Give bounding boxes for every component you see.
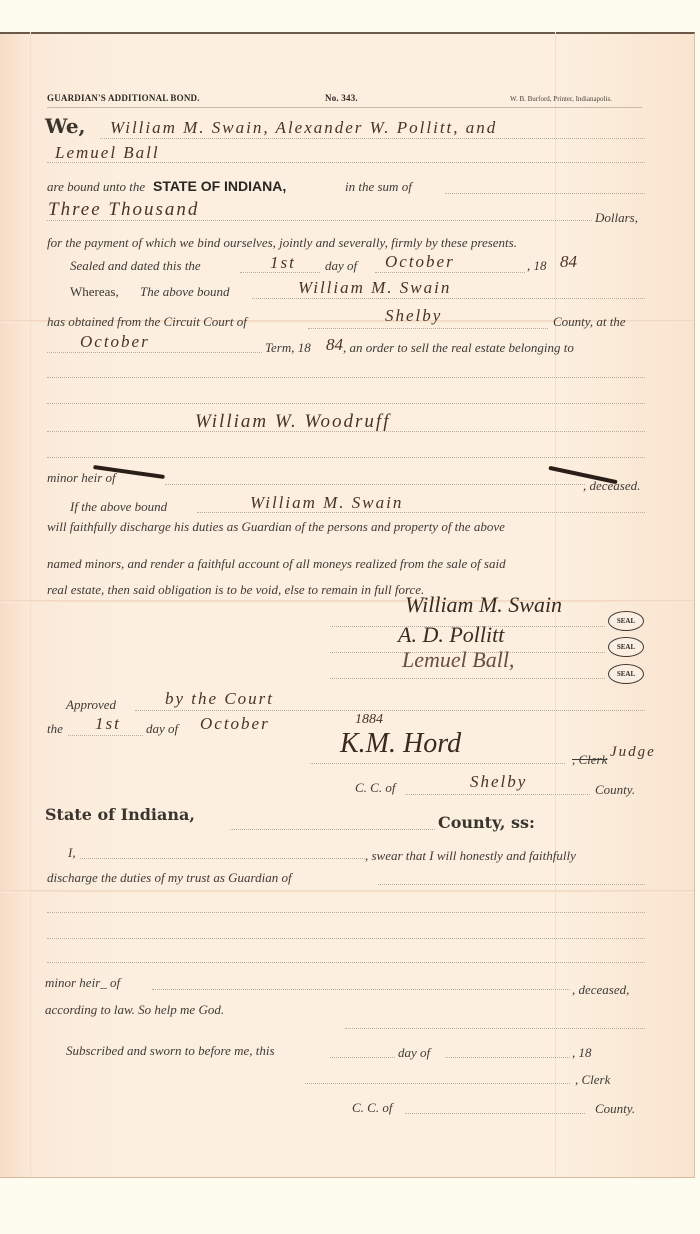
fill-line <box>345 1028 645 1029</box>
form-title: GUARDIAN'S ADDITIONAL BOND. <box>47 93 200 103</box>
minor-heir-label: minor heir of <box>47 470 116 486</box>
judge-title: Judge <box>610 744 656 761</box>
margin-rule <box>30 32 31 1175</box>
oath-county-label: County. <box>595 1101 635 1117</box>
state-name: STATE OF INDIANA, <box>153 178 286 194</box>
fill-line <box>47 403 645 404</box>
sworn-year-prefix: , 18 <box>572 1045 592 1061</box>
law-text: according to law. So help me God. <box>45 1002 224 1018</box>
sealed-year: 84 <box>560 252 577 272</box>
fill-line <box>375 272 525 273</box>
we-prefix: We, <box>45 114 86 138</box>
fill-line <box>405 794 590 795</box>
judge-signature: K.M. Hord <box>340 728 461 760</box>
fill-line <box>330 1057 395 1058</box>
form-number: No. 343. <box>325 93 358 103</box>
fill-line <box>197 512 645 513</box>
oath-state-label: State of Indiana, <box>45 805 195 824</box>
fill-line <box>47 938 645 939</box>
fill-line <box>135 710 645 711</box>
oath-clerk-label: , Clerk <box>575 1072 610 1088</box>
whereas-label: Whereas, <box>70 284 119 300</box>
term-text-2: , an order to sell the real estate belon… <box>343 340 574 356</box>
oath-name-field <box>80 858 365 859</box>
if-guardian: William M. Swain <box>250 493 403 513</box>
year-prefix: , 18 <box>527 258 547 274</box>
subscribed-label: Subscribed and sworn to before me, this <box>66 1043 275 1059</box>
fill-line <box>240 272 320 273</box>
fill-line <box>252 298 645 299</box>
cc-of-label: C. C. of <box>355 780 395 796</box>
dollars-label: Dollars, <box>595 210 638 226</box>
payment-text: for the payment of which we bind ourselv… <box>47 235 517 251</box>
fill-line <box>405 1113 585 1114</box>
fill-line <box>47 352 262 353</box>
fill-line <box>47 431 645 432</box>
seal-icon: SEAL <box>608 664 644 684</box>
county-label: County. <box>595 782 635 798</box>
printer-credit: W. B. Burford, Printer, Indianapolis. <box>510 95 612 103</box>
fill-line <box>47 912 645 913</box>
approval-county: Shelby <box>470 772 527 792</box>
fill-line <box>330 678 605 679</box>
condition-line-1: will faithfully discharge his duties as … <box>47 519 505 535</box>
approved-by: by the Court <box>165 689 274 709</box>
county-at-label: County, at the <box>553 314 626 330</box>
day-of-label: day of <box>325 258 357 274</box>
fill-line <box>378 884 645 885</box>
term-text-1: Term, 18 <box>265 340 311 356</box>
sum-written: Three Thousand <box>48 199 199 221</box>
court-county: Shelby <box>385 306 442 326</box>
fill-line <box>47 162 645 163</box>
minor-name: William W. Woodruff <box>195 411 390 433</box>
sealed-month: October <box>385 252 455 272</box>
fill-line <box>47 377 645 378</box>
fill-line <box>445 1057 570 1058</box>
obtained-text: has obtained from the Circuit Court of <box>47 314 247 330</box>
fill-line <box>47 220 592 221</box>
seal-icon: SEAL <box>608 611 644 631</box>
sealed-label: Sealed and dated this the <box>70 258 201 274</box>
clerk-struck-label: , Clerk <box>572 752 607 768</box>
paper-fold <box>0 600 694 603</box>
oath-deceased-label: , deceased, <box>572 982 629 998</box>
fill-line <box>47 962 645 963</box>
sealed-day: 1st <box>270 253 296 273</box>
day-of-label: day of <box>146 721 178 737</box>
minor-heir-label: minor heir_ of <box>45 975 120 991</box>
whereas-text: The above bound <box>140 284 230 300</box>
bound-text-2: in the sum of <box>345 179 412 195</box>
fill-line <box>152 989 570 990</box>
term-year: 84 <box>326 335 343 355</box>
discharge-text: discharge the duties of my trust as Guar… <box>47 870 292 886</box>
county-ss-label: County, ss: <box>438 813 535 832</box>
obligors-line-2: Lemuel Ball <box>55 143 160 163</box>
approval-month: October <box>200 714 270 734</box>
fill-line <box>305 1083 570 1084</box>
oath-cc-of-label: C. C. of <box>352 1100 392 1116</box>
bound-text-1: are bound unto the <box>47 179 145 195</box>
seal-icon: SEAL <box>608 637 644 657</box>
fill-line <box>165 484 585 485</box>
signature-1: William M. Swain <box>405 592 562 618</box>
approval-year: 1884 <box>355 712 383 728</box>
fill-line <box>308 328 548 329</box>
fill-line <box>47 457 645 458</box>
fill-line <box>445 193 645 194</box>
swear-text: , swear that I will honestly and faithfu… <box>365 848 576 864</box>
obligors-line-1: William M. Swain, Alexander W. Pollitt, … <box>110 118 497 138</box>
signature-2: A. D. Pollitt <box>398 622 504 648</box>
fill-line <box>68 735 143 736</box>
paper-fold <box>0 890 694 893</box>
fill-line <box>100 138 645 139</box>
signature-3: Lemuel Ball, <box>402 647 514 673</box>
i-label: I, <box>68 845 76 861</box>
header-rule <box>47 107 642 108</box>
condition-line-2: named minors, and render a faithful acco… <box>47 556 506 572</box>
term-month: October <box>80 332 150 352</box>
fill-line <box>230 829 435 830</box>
condition-line-3: real estate, then said obligation is to … <box>47 582 424 598</box>
approved-label: Approved <box>66 697 116 713</box>
the-label: the <box>47 721 63 737</box>
sworn-day-of-label: day of <box>398 1045 430 1061</box>
fill-line <box>310 763 565 764</box>
approval-day: 1st <box>95 714 121 734</box>
guardian-name: William M. Swain <box>298 278 451 298</box>
if-label: If the above bound <box>70 499 167 515</box>
